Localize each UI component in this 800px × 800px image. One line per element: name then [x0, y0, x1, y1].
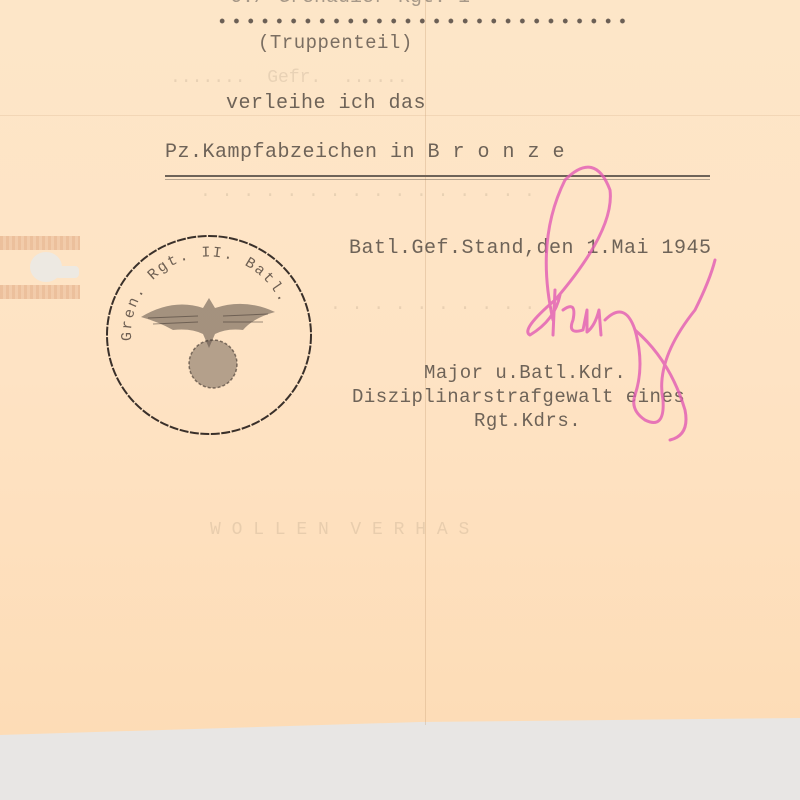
- show-through-text: . . . . . . . . . . . . . . . .: [200, 182, 535, 202]
- dotted-line: [215, 16, 630, 26]
- punch-hole-tab: [55, 266, 79, 278]
- eagle-stamp-icon: Gren. Rgt. II. Batl.: [103, 232, 315, 438]
- award-intro: verleihe ich das: [226, 92, 426, 115]
- unit-placeholder-label: (Truppenteil): [258, 32, 413, 54]
- binding-strip-bottom: [0, 285, 80, 299]
- signature-icon: [495, 150, 735, 450]
- horizontal-fold-crease: [0, 115, 800, 116]
- binding-strip-top: [0, 236, 80, 250]
- show-through-text: ....... Gefr. ......: [170, 68, 408, 88]
- unit-name-partial: 6./ Grenadier-Rgt. 1: [230, 0, 470, 9]
- show-through-text: W O L L E N V E R H A S: [210, 520, 469, 540]
